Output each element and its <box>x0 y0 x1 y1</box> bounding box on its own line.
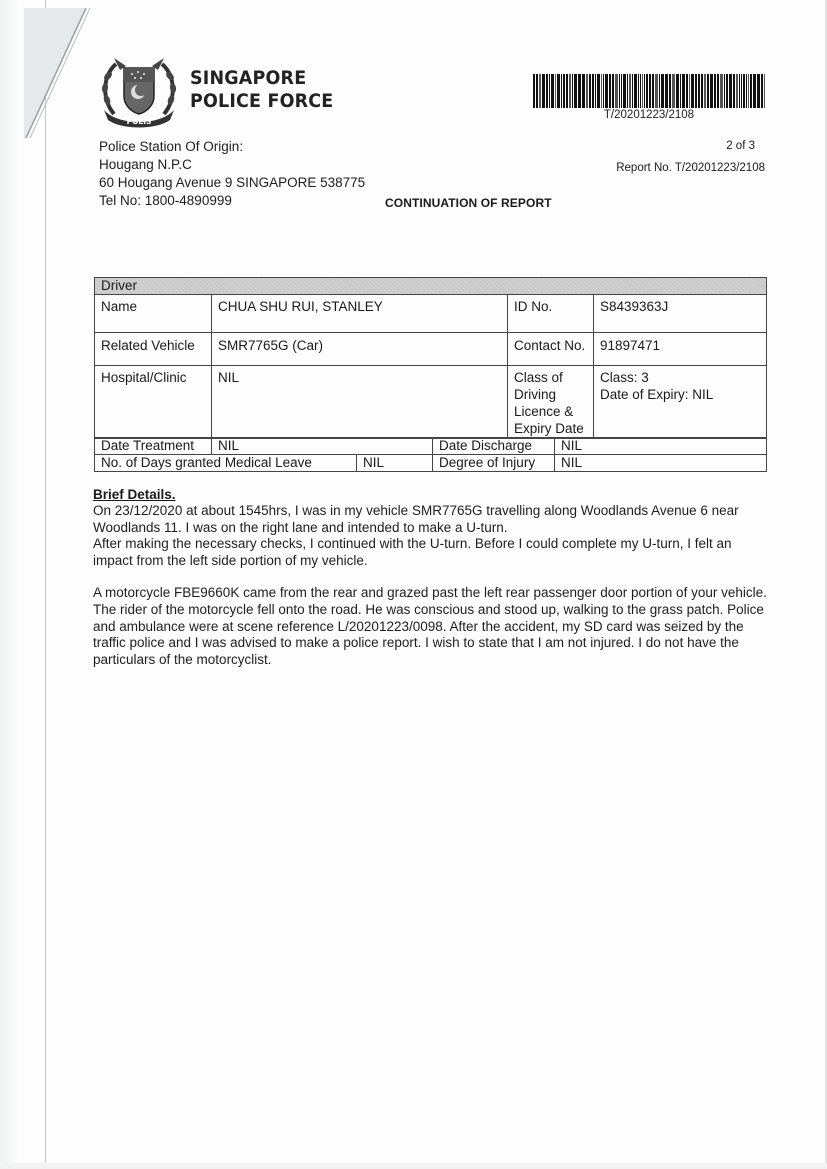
table-row: Name CHUA SHU RUI, STANLEY ID No. S84393… <box>95 295 767 333</box>
mc-days-label: No. of Days granted Medical Leave <box>95 455 357 472</box>
brief-details-heading: Brief Details. <box>93 487 176 502</box>
station-address: 60 Hougang Avenue 9 SINGAPORE 538775 <box>99 174 365 192</box>
page-fold-line <box>45 0 46 1169</box>
contact-label: Contact No. <box>508 333 594 366</box>
licence-expiry: Date of Expiry: NIL <box>600 386 760 403</box>
date-treatment-value: NIL <box>212 438 433 455</box>
table-row: Hospital/Clinic NIL Class of Driving Lic… <box>95 366 767 439</box>
police-crest-icon: POLIS <box>98 52 180 130</box>
svg-text:POLIS: POLIS <box>127 117 152 126</box>
name-label: Name <box>95 295 212 333</box>
scan-edge <box>0 0 20 1169</box>
station-label: Police Station Of Origin: <box>99 138 365 156</box>
scan-edge-bottom <box>0 1163 827 1169</box>
brand-line-1: SINGAPORE <box>190 67 333 90</box>
brand-name: SINGAPORE POLICE FORCE <box>190 67 333 113</box>
barcode-number: T/20201223/2108 <box>533 109 765 121</box>
table-row: No. of Days granted Medical Leave NIL De… <box>95 455 767 472</box>
hospital-label: Hospital/Clinic <box>95 366 212 439</box>
date-discharge-value: NIL <box>555 438 767 455</box>
driver-table: Driver Name CHUA SHU RUI, STANLEY ID No.… <box>94 277 767 439</box>
station-of-origin: Police Station Of Origin: Hougang N.P.C … <box>99 138 365 210</box>
table-row: Date Treatment NIL Date Discharge NIL <box>95 438 767 455</box>
report-number: Report No. T/20201223/2108 <box>616 162 765 174</box>
document-title: CONTINUATION OF REPORT <box>385 196 552 210</box>
station-tel: Tel No: 1800-4890999 <box>99 192 365 210</box>
vehicle-label: Related Vehicle <box>95 333 212 366</box>
station-name: Hougang N.P.C <box>99 156 365 174</box>
hospital-value: NIL <box>212 366 508 439</box>
injury-value: NIL <box>555 455 767 472</box>
licence-value: Class: 3 Date of Expiry: NIL <box>594 366 767 439</box>
contact-value: 91897471 <box>594 333 767 366</box>
date-discharge-label: Date Discharge <box>433 438 555 455</box>
name-value: CHUA SHU RUI, STANLEY <box>212 295 508 333</box>
licence-label: Class of Driving Licence & Expiry Date <box>508 366 594 439</box>
page-count: 2 of 3 <box>726 140 755 152</box>
brand-line-2: POLICE FORCE <box>190 90 333 113</box>
treatment-table: Date Treatment NIL Date Discharge NIL No… <box>94 437 767 472</box>
injury-label: Degree of Injury <box>433 455 555 472</box>
brief-details-body: On 23/12/2020 at about 1545hrs, I was in… <box>93 503 773 668</box>
id-value: S8439363J <box>594 295 767 333</box>
brief-paragraph-1b: After making the necessary checks, I con… <box>93 536 773 569</box>
licence-class: Class: 3 <box>600 369 760 386</box>
barcode <box>533 74 765 108</box>
mc-days-value: NIL <box>357 455 433 472</box>
section-header-driver: Driver <box>95 278 767 295</box>
brief-paragraph-2: A motorcycle FBE9660K came from the rear… <box>93 585 773 668</box>
id-label: ID No. <box>508 295 594 333</box>
page-corner-shadow <box>24 8 94 143</box>
table-row: Related Vehicle SMR7765G (Car) Contact N… <box>95 333 767 366</box>
vehicle-value: SMR7765G (Car) <box>212 333 508 366</box>
date-treatment-label: Date Treatment <box>95 438 212 455</box>
brief-paragraph-1a: On 23/12/2020 at about 1545hrs, I was in… <box>93 503 773 536</box>
